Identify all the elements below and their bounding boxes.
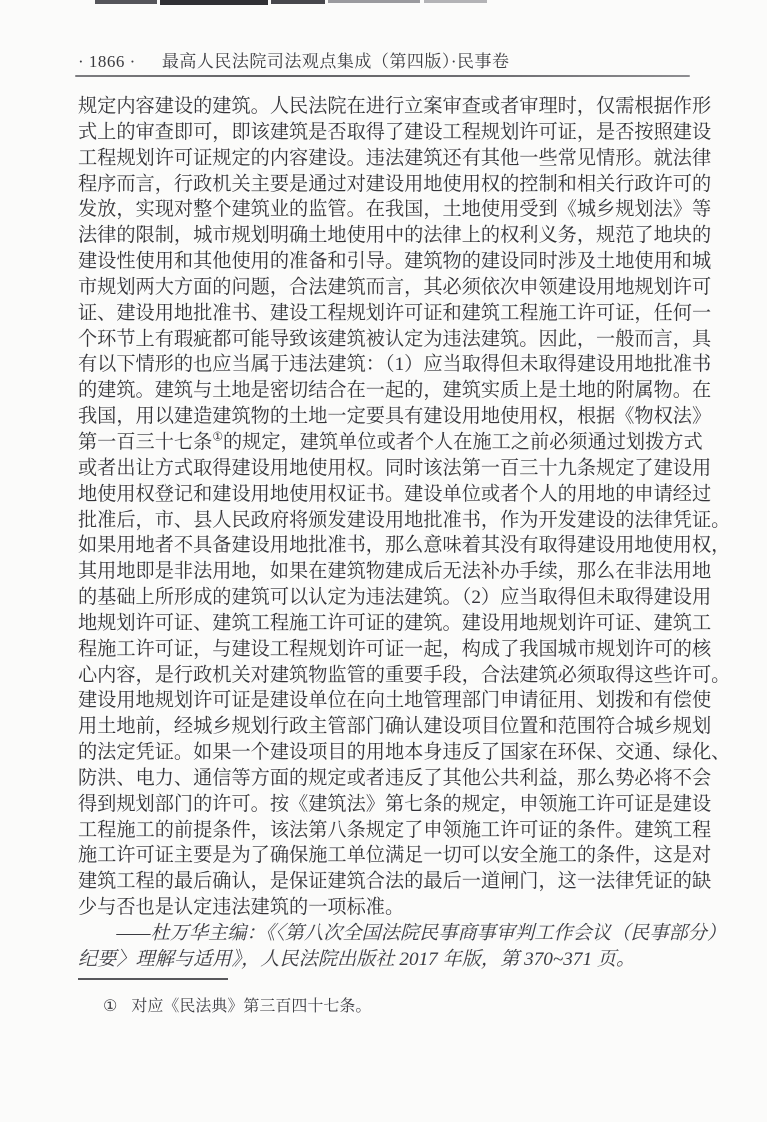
body-line: 个环节上有瑕疵都可能导致该建筑被认定为违法建筑。因此，一般而言，具 [78,327,688,353]
body-line: 规定内容建设的建筑。人民法院在进行立案审查或者审理时，仅需根据作形 [78,94,688,120]
body-line: 的基础上所形成的建筑可以认定为违法建筑。（2）应当取得但未取得建设用 [78,585,688,611]
attribution-line: ——杜万华主编：《〈第八次全国法院民事商事审判工作会议（民事部分） [78,921,688,947]
body-line: 心内容，是行政机关对建筑物监管的重要手段，合法建筑必须取得这些许可。 [78,663,688,689]
book-title: 最高人民法院司法观点集成（第四版）·民事卷 [162,47,510,72]
scan-edge-segment [328,0,420,3]
body-line: 少与否也是认定违法建筑的一项标准。 [78,895,688,921]
body-line: 建筑工程的最后确认，是保证建筑合法的最后一道闸门，这一法律凭证的缺 [78,869,688,895]
body-line: 工程规划许可证规定的内容建设。违法建筑还有其他一些常见情形。就法律 [78,146,688,172]
body-line: 法律的限制，城市规划明确土地使用中的法律上的权利义务，规范了地块的 [78,223,688,249]
body-line: 第一百三十七条①的规定，建筑单位或者个人在施工之前必须通过划拨方式 [78,430,688,456]
scan-edge-segment [160,0,268,5]
body-line: 或者出让方式取得建设用地使用权。同时该法第一百三十九条规定了建设用 [78,456,688,482]
body-line: 施工许可证主要是为了确保施工单位满足一切可以安全施工的条件，这是对 [78,843,688,869]
scan-edge-artifact [0,0,767,6]
running-head: · 1866 · 最高人民法院司法观点集成（第四版）·民事卷 [78,47,690,72]
body-line: 我国，用以建造建筑物的土地一定要具有建设用地使用权，根据《物权法》 [78,404,688,430]
body-line: 如果用地者不具备建设用地批准书，那么意味着其没有取得建设用地使用权， [78,533,688,559]
body-line: 的建筑。建筑与土地是密切结合在一起的，建筑实质上是土地的附属物。在 [78,378,688,404]
header-rule [75,75,690,77]
footnote-marker: ① [103,998,117,1015]
body-line: 防洪、电力、通信等方面的规定或者违反了其他公共利益，那么势必将不会 [78,766,688,792]
body-line: 发放，实现对整个建筑业的监管。在我国，土地使用受到《城乡规划法》等 [78,197,688,223]
body-line: 得到规划部门的许可。按《建筑法》第七条的规定，申领施工许可证是建设 [78,792,688,818]
body-line: 有以下情形的也应当属于违法建筑：（1）应当取得但未取得建设用地批准书 [78,352,688,378]
body-line: 其用地即是非法用地，如果在建筑物建成后无法补办手续，那么在非法用地 [78,559,688,585]
body-line: 用土地前，经城乡规划行政主管部门确认建设项目位置和范围符合城乡规划 [78,714,688,740]
body-line: 程施工许可证，与建设工程规划许可证一起，构成了我国城市规划许可的核 [78,637,688,663]
body-line: 批准后，市、县人民政府将颁发建设用地批准书，作为开发建设的法律凭证。 [78,508,688,534]
body-line: 程序而言，行政机关主要是通过对建设用地使用权的控制和相关行政许可的 [78,172,688,198]
body-line: 证、建设用地批准书、建设工程规划许可证和建筑工程施工许可证，任何一 [78,301,688,327]
book-page: · 1866 · 最高人民法院司法观点集成（第四版）·民事卷 规定内容建设的建筑… [0,0,767,1122]
body-line: 市规划两大方面的问题，合法建筑而言，其必须依次申领建设用地规划许可 [78,275,688,301]
attribution-line: 纪要〉理解与适用》，人民法院出版社 2017 年版，第 370~371 页。 [78,947,688,973]
footnote-separator [78,978,228,980]
scan-edge-segment [95,0,157,4]
page-number: · 1866 · [78,52,136,72]
scan-edge-segment [271,0,325,4]
body-line: 地使用权登记和建设用地使用权证书。建设单位或者个人的用地的申请经过 [78,482,688,508]
body-line: 工程施工的前提条件，该法第八条规定了申领施工许可证的条件。建筑工程 [78,818,688,844]
body-line: 建设性使用和其他使用的准备和引导。建筑物的建设同时涉及土地使用和城 [78,249,688,275]
body-line: 的法定凭证。如果一个建设项目的用地本身违反了国家在环保、交通、绿化、 [78,740,688,766]
body-line: 地规划许可证、建筑工程施工许可证的建筑。建设用地规划许可证、建筑工 [78,611,688,637]
scan-edge-segment [424,0,487,3]
body-line: 式上的审查即可，即该建筑是否取得了建设工程规划许可证，是否按照建设 [78,120,688,146]
footnote-text: 对应《民法典》第三百四十七条。 [131,998,371,1015]
main-text-block: 规定内容建设的建筑。人民法院在进行立案审查或者审理时，仅需根据作形 式上的审查即… [78,94,688,973]
body-line: 建设用地规划许可证是建设单位在向土地管理部门申请征用、划拨和有偿使 [78,688,688,714]
footnote: ①对应《民法典》第三百四十七条。 [78,996,713,1018]
